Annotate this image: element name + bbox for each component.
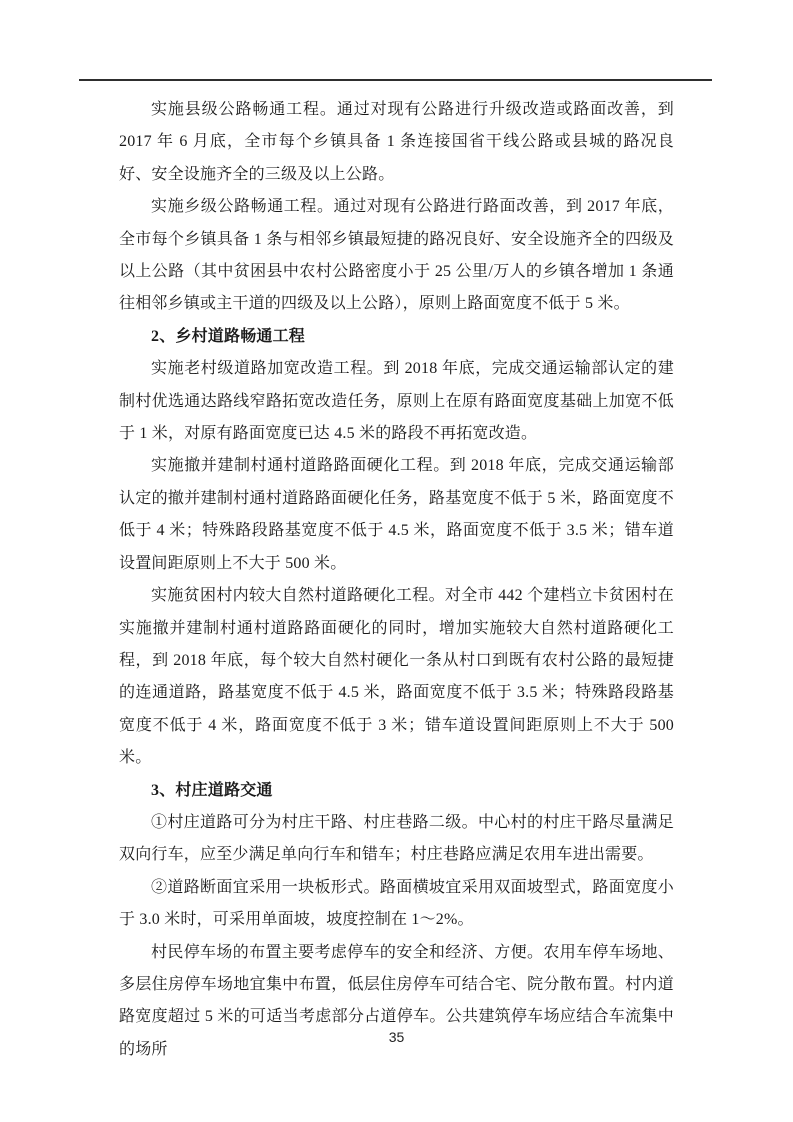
paragraph-road-cross-section: ②道路断面宜采用一块板形式。路面横坡宜采用双面坡型式，路面宽度小于 3.0 米时… (119, 872, 674, 937)
section-heading-village-road-traffic: 3、村庄道路交通 (119, 775, 674, 807)
document-page: 实施县级公路畅通工程。通过对现有公路进行升级改造或路面改善，到 2017 年 6… (0, 0, 793, 1122)
page-number: 35 (0, 1026, 793, 1048)
paragraph-old-village-road-widening: 实施老村级道路加宽改造工程。到 2018 年底，完成交通运输部认定的建制村优选通… (119, 353, 674, 450)
document-body: 实施县级公路畅通工程。通过对现有公路进行升级改造或路面改善，到 2017 年 6… (119, 94, 674, 1066)
section-heading-rural-road-project: 2、乡村道路畅通工程 (119, 321, 674, 353)
paragraph-merged-village-road-hardening: 实施撤并建制村通村道路路面硬化工程。到 2018 年底，完成交通运输部认定的撤并… (119, 450, 674, 580)
paragraph-county-road-project: 实施县级公路畅通工程。通过对现有公路进行升级改造或路面改善，到 2017 年 6… (119, 94, 674, 191)
paragraph-poor-village-road-hardening: 实施贫困村内较大自然村道路硬化工程。对全市 442 个建档立卡贫困村在实施撤并建… (119, 580, 674, 774)
paragraph-village-road-classification: ①村庄道路可分为村庄干路、村庄巷路二级。中心村的村庄干路尽量满足双向行车，应至少… (119, 807, 674, 872)
header-rule (79, 79, 712, 81)
paragraph-township-road-project: 实施乡级公路畅通工程。通过对现有公路进行路面改善，到 2017 年底，全市每个乡… (119, 191, 674, 321)
